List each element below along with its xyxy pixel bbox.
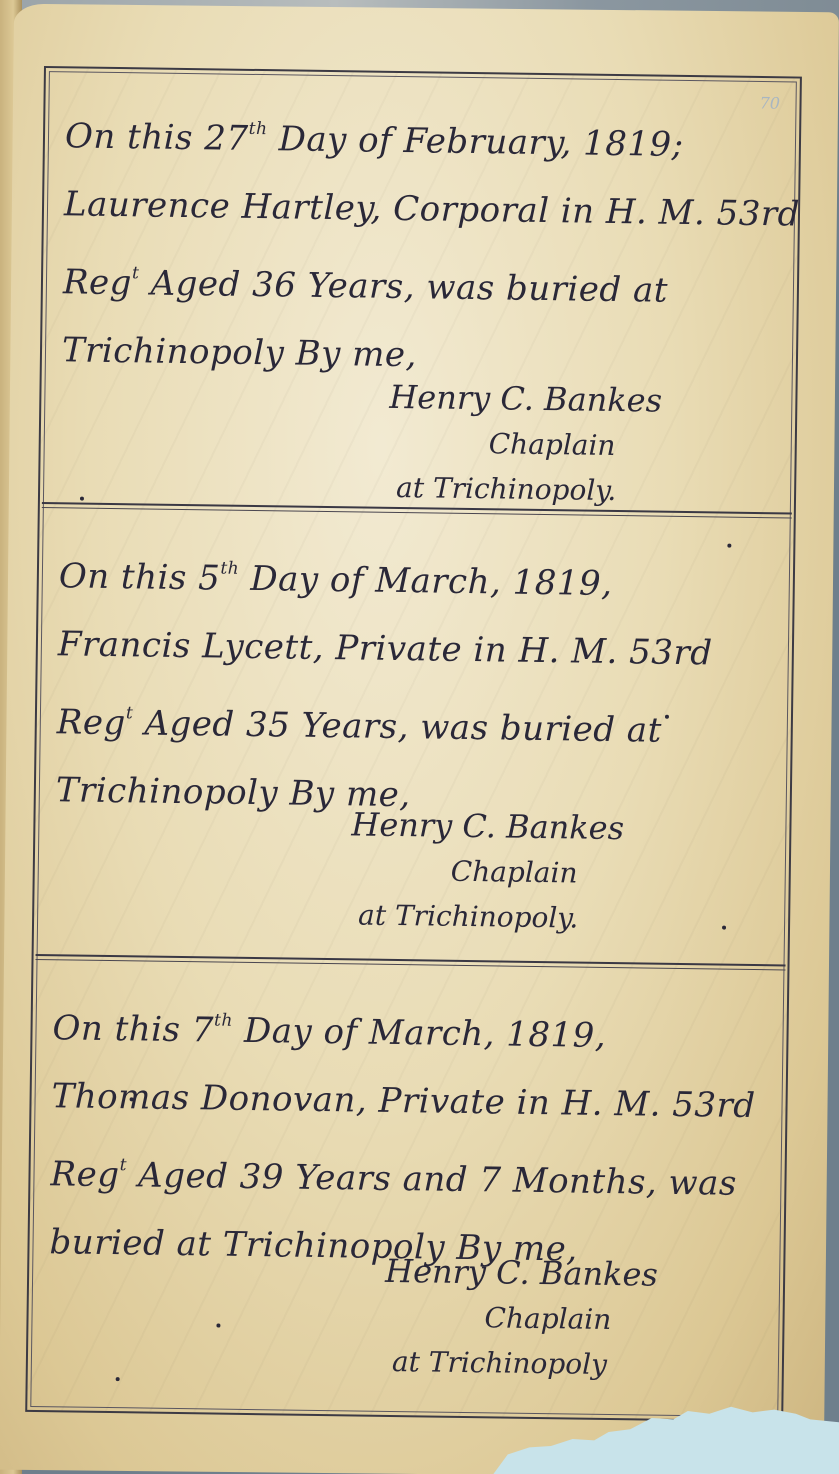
signature-name: Henry C. Bankes [385,1247,658,1299]
paper-speck [80,497,84,501]
entry-text: On this 27th Day of February, 1819; Laur… [62,92,786,394]
burial-entry: On this 5th Day of March, 1819, Francis … [32,506,796,969]
entry-line: Francis Lycett, Private in H. M. 53rd [57,610,778,688]
burial-entry: On this 27th Day of February, 1819; Laur… [38,66,802,517]
signature-place: at Trichinopoly [384,1339,657,1389]
signature-title: Chaplain [388,421,661,469]
signature-block: Henry C. Bankes Chaplain at Trichinopoly [384,1247,659,1389]
entry-line: On this 5th Day of March, 1819, [58,532,779,620]
signature-block: Henry C. Bankes Chaplain at Trichinopoly… [350,800,625,942]
signature-title: Chaplain [384,1295,657,1343]
entry-line: On this 7th Day of March, 1819, [52,984,773,1072]
entry-line: Regt Aged 39 Years and 7 Months, was [50,1130,771,1218]
entry-line: Laurence Hartley, Corporal in H. M. 53rd [64,170,785,248]
entry-text: On this 7th Day of March, 1819, Thomas D… [49,984,773,1286]
paper-speck [130,1097,134,1101]
paper-speck [216,1324,220,1328]
signature-block: Henry C. Bankes Chaplain at Trichinopoly… [388,373,663,515]
paper-speck [116,1377,120,1381]
register-frame: On this 27th Day of February, 1819; Laur… [25,66,802,1422]
paper-speck [727,544,731,548]
signature-title: Chaplain [350,848,623,896]
signature-name: Henry C. Bankes [351,800,624,852]
signature-place: at Trichinopoly. [350,892,623,942]
burial-entry: On this 7th Day of March, 1819, Thomas D… [25,958,789,1423]
entry-text: On this 5th Day of March, 1819, Francis … [55,532,779,834]
entry-line: Thomas Donovan, Private in H. M. 53rd [51,1062,772,1140]
paper-speck [722,926,726,930]
entry-line: Regt Aged 36 Years, was buried at [63,238,784,326]
entry-line: On this 27th Day of February, 1819; [65,92,786,180]
signature-name: Henry C. Bankes [389,373,662,425]
paper-speck [665,715,669,719]
entry-line: Regt Aged 35 Years, was buried at [56,678,777,766]
